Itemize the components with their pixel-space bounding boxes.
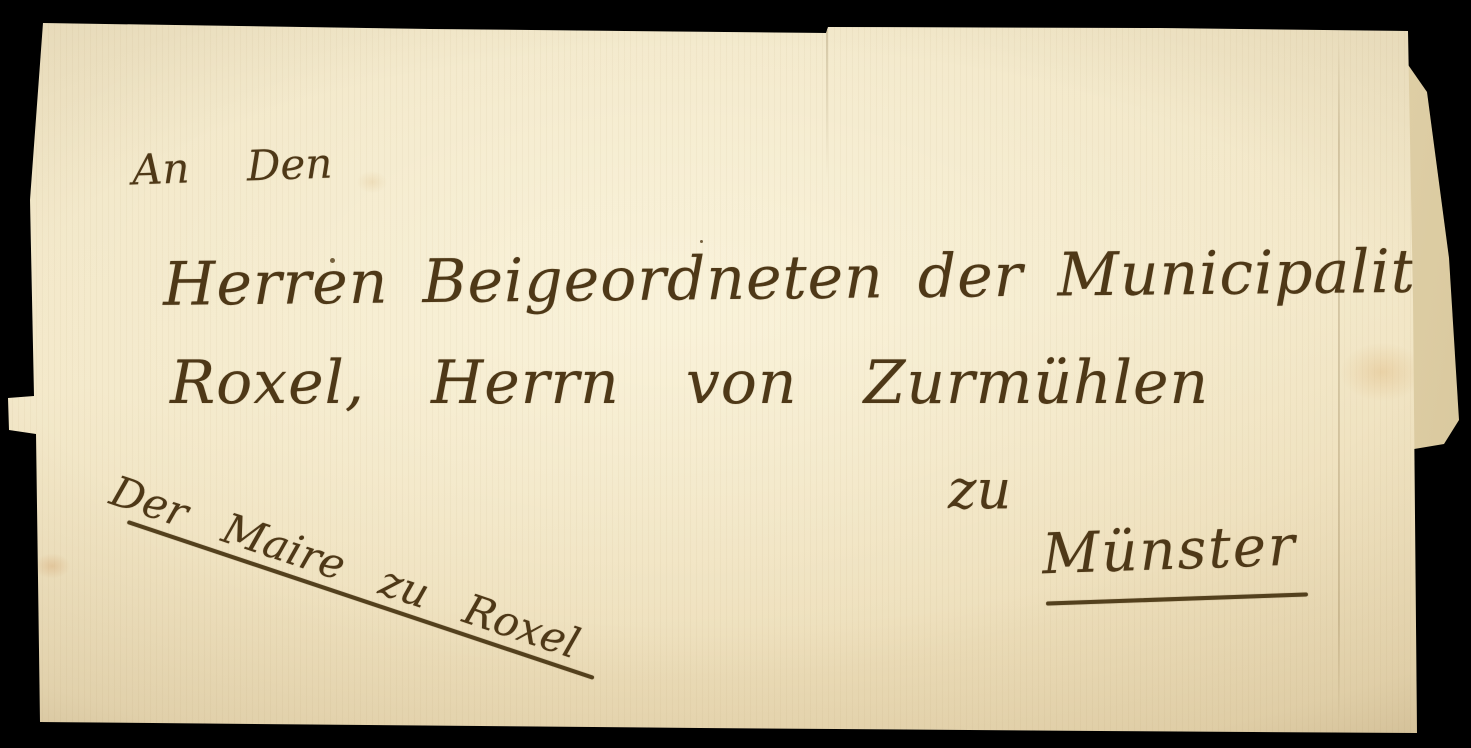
fold-crease-right xyxy=(1338,40,1340,720)
ink-speck xyxy=(700,240,703,243)
destination-city: Münster xyxy=(1041,514,1298,588)
address-salutation: An Den xyxy=(131,139,333,195)
destination-preposition: zu xyxy=(948,458,1011,521)
recipient-line-1: Herren Beigeordneten der Municipalität xyxy=(163,236,1471,320)
recipient-line-2: Roxel, Herrn von Zurmühlen xyxy=(170,348,1209,418)
folded-letter-cover: An Den Herren Beigeordneten der Municipa… xyxy=(0,0,1471,748)
photo-background: An Den Herren Beigeordneten der Municipa… xyxy=(0,0,1471,748)
fold-crease-top xyxy=(826,30,828,180)
ink-speck xyxy=(330,258,335,263)
